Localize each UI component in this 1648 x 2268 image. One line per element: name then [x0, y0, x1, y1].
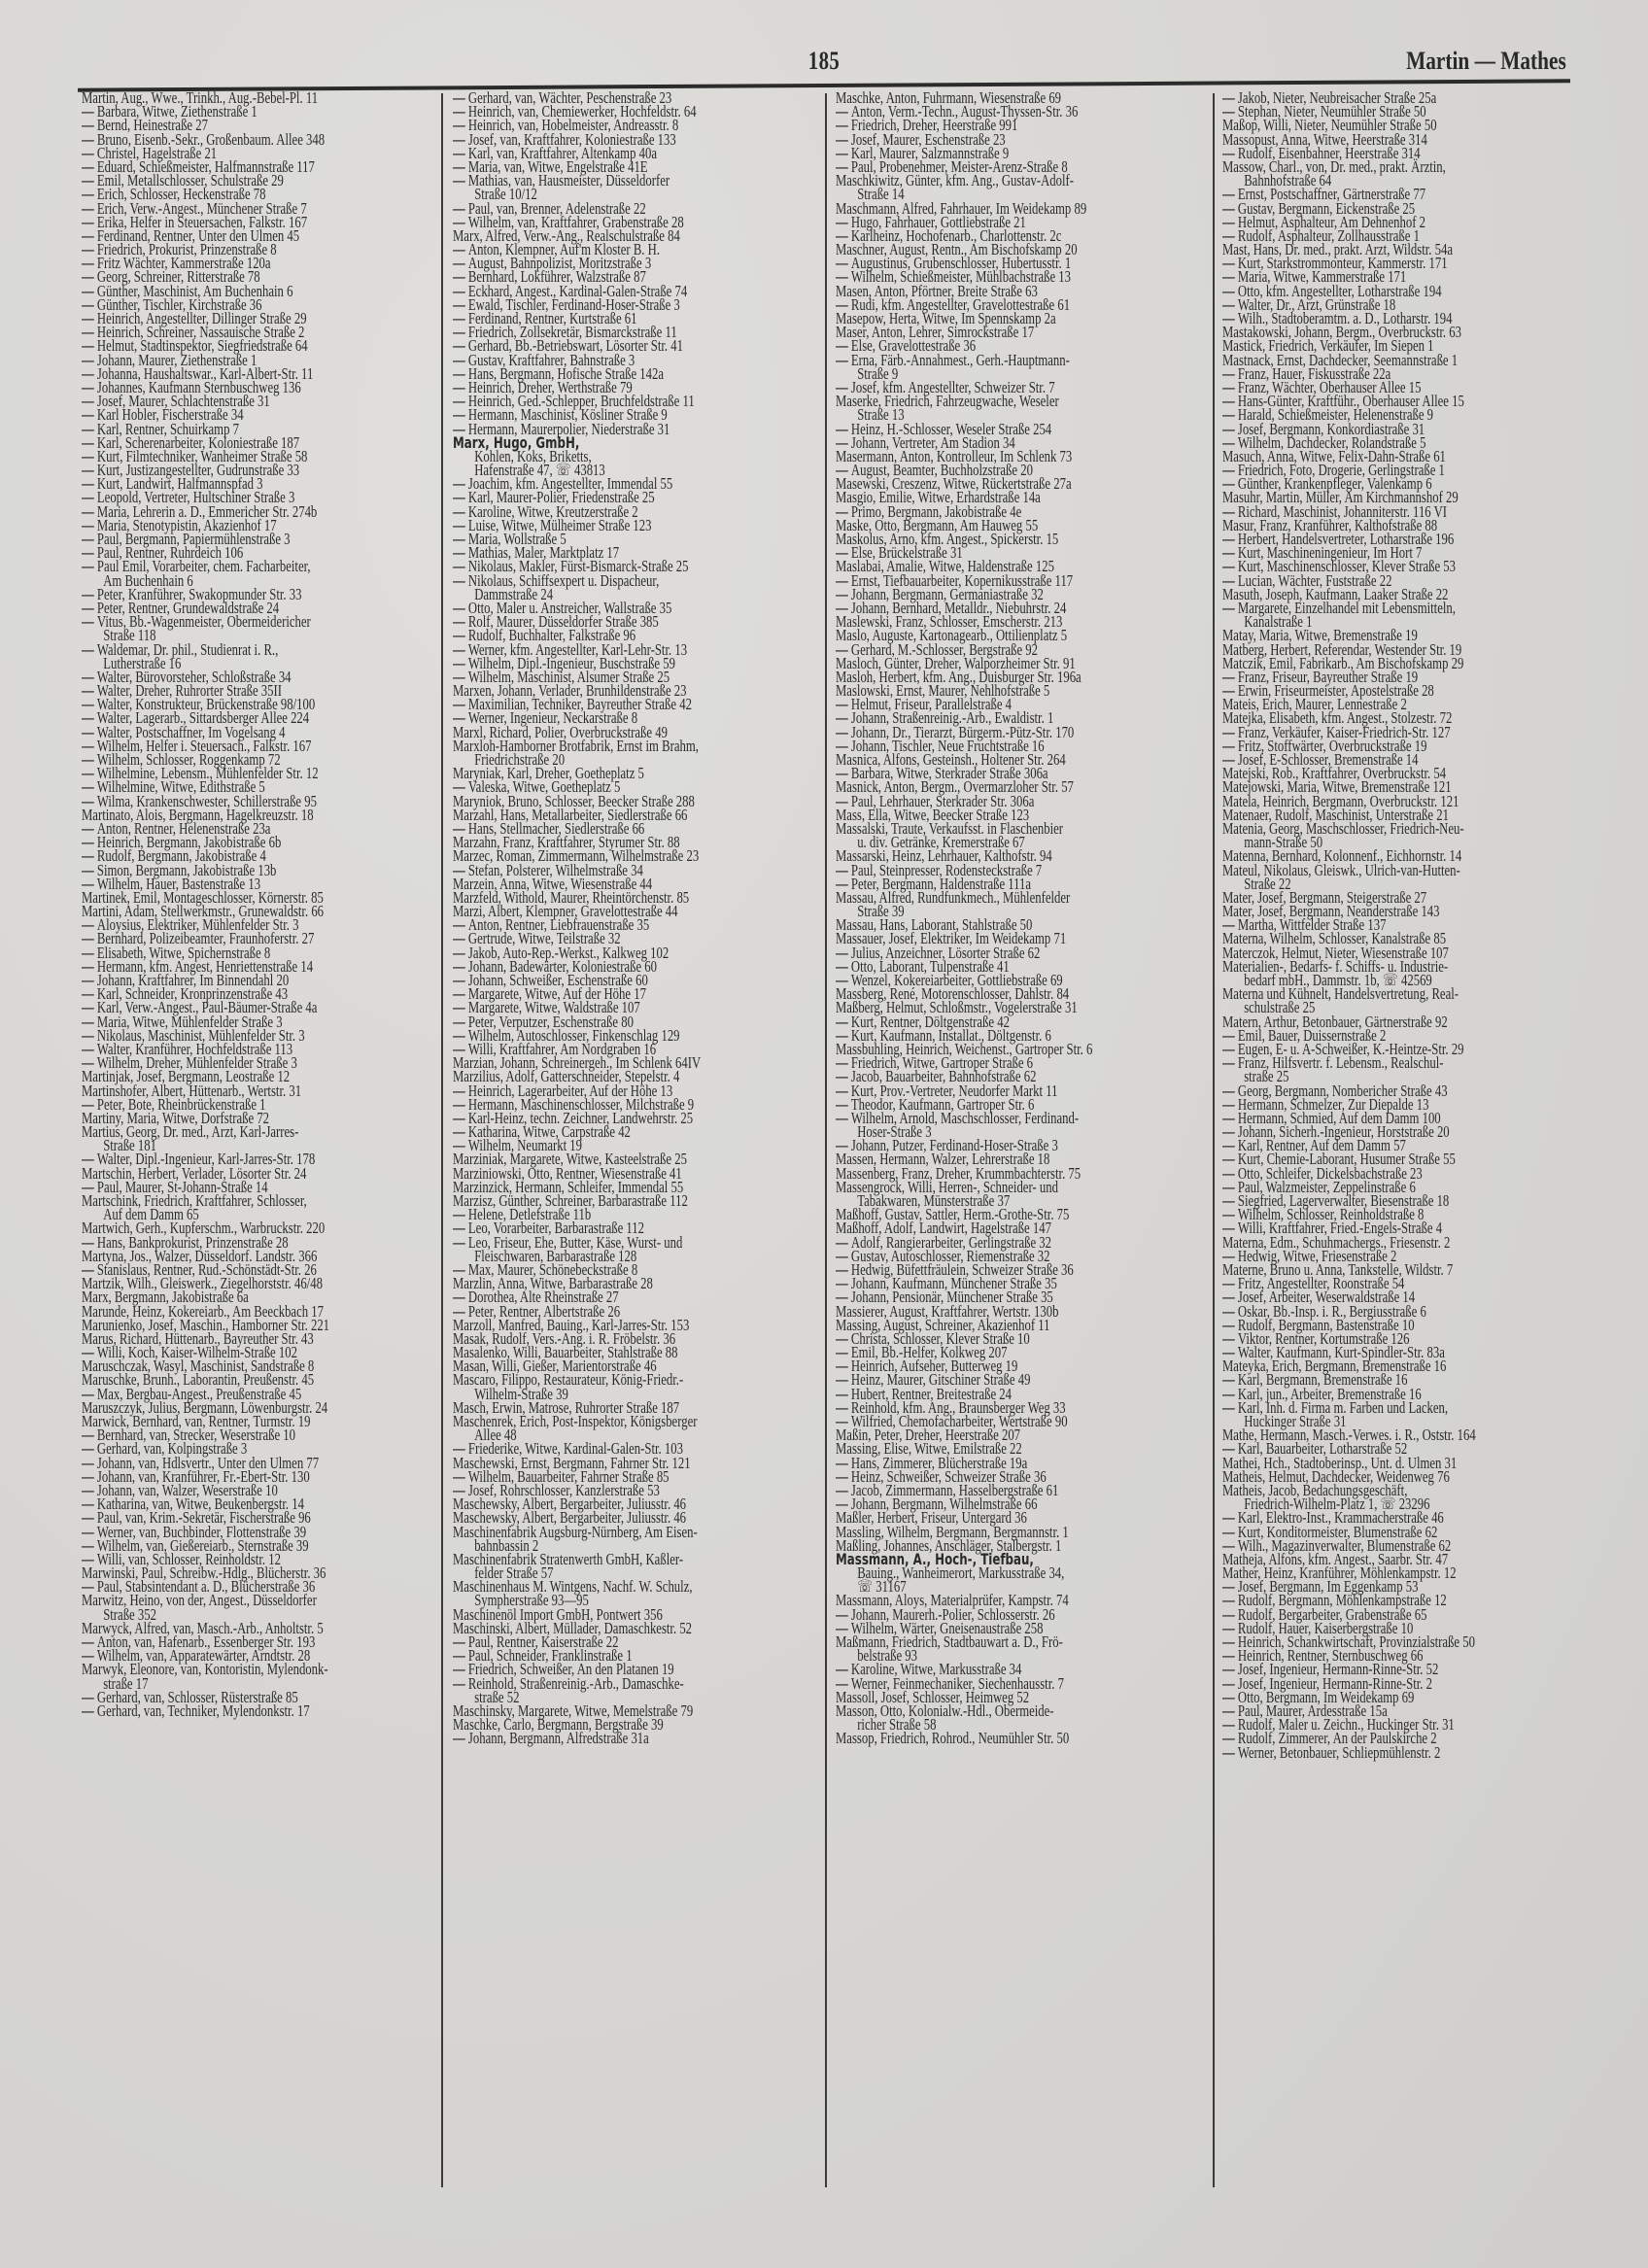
page-number: 185	[230, 47, 1418, 76]
directory-entry: Karl, Inh. d. Firma m. Farben und Lacken…	[1222, 1401, 1601, 1428]
directory-entry: Nikolaus, Schiffsexpert u. Dispacheur,Da…	[453, 574, 814, 601]
directory-entry: Margarete, Einzelhandel mit Lebensmittel…	[1222, 601, 1601, 629]
directory-columns: Martin, Aug., Wwe., Trinkh., Aug.-Bebel-…	[82, 91, 1597, 2210]
column-divider	[1213, 93, 1215, 2187]
directory-entry: Massengrock, Willi, Herren-, Schneider- …	[836, 1181, 1207, 1208]
column-4: Jakob, Nieter, Neubreisacher Straße 25aS…	[1222, 91, 1601, 2210]
directory-entry: Maschkiwitz, Günter, kfm. Ang., Gustav-A…	[836, 174, 1207, 201]
directory-entry: Martschink, Friedrich, Kraftfahrer, Schl…	[82, 1194, 431, 1221]
directory-entry: Matheis, Jacob, Bedachungsgeschäft,Fried…	[1222, 1484, 1601, 1511]
directory-entry: Maschinenfabrik Stratenwerth GmbH, Kaßle…	[453, 1553, 814, 1580]
directory-entry: Waldemar, Dr. phil., Studienrat i. R.,Lu…	[82, 643, 431, 670]
directory-entry: Matenia, Georg, Maschschlosser, Friedric…	[1222, 822, 1601, 849]
directory-entry: Gerhard, van, Techniker, Mylendonkstr. 1…	[82, 1704, 431, 1718]
directory-entry: Massop, Friedrich, Rohrod., Neumühler St…	[836, 1732, 1207, 1745]
entry-text: Johann, Bergmann, Alfredstraße 31a	[453, 1732, 814, 1745]
directory-entry: Maserke, Friedrich, Fahrzeugwache, Wesel…	[836, 395, 1207, 422]
directory-entry: Massau, Alfred, Rundfunkmech., Mühlenfel…	[836, 891, 1207, 918]
directory-entry: Franz, Hilfsvertr. f. Lebensm., Realschu…	[1222, 1056, 1601, 1083]
directory-entry: Martius, Georg, Dr. med., Arzt, Karl-Jar…	[82, 1125, 431, 1152]
directory-entry: Vitus, Bb.-Wagenmeister, Obermeidericher…	[82, 615, 431, 642]
directory-entry: Maschinenfabrik Augsburg-Nürnberg, Am Ei…	[453, 1526, 814, 1553]
directory-entry: Maschenrek, Erich, Post-Inspektor, König…	[453, 1415, 814, 1442]
column-divider	[825, 93, 827, 2187]
column-1: Martin, Aug., Wwe., Trinkh., Aug.-Bebel-…	[82, 91, 431, 2210]
directory-entry: Reinhold, Straßenreinig.-Arb., Damaschke…	[453, 1677, 814, 1704]
entry-text: Gerhard, van, Techniker, Mylendonkstr. 1…	[82, 1704, 431, 1718]
directory-entry: Marwyk, Eleonore, van, Kontoristin, Myle…	[82, 1663, 431, 1690]
directory-entry: Mateul, Nikolaus, Gleiswk., Ulrich-van-H…	[1222, 864, 1601, 891]
directory-entry: Werner, Betonbauer, Schliepmühlenstr. 2	[1222, 1746, 1601, 1760]
directory-entry: Masson, Otto, Kolonialw.-Hdl., Obermeide…	[836, 1704, 1207, 1732]
directory-entry: Erna, Färb.-Annahmest., Gerh.-Hauptmann-…	[836, 354, 1207, 381]
directory-entry: Massalski, Traute, Verkaufsst. in Flasch…	[836, 822, 1207, 849]
directory-entry: Johann, Bergmann, Alfredstraße 31a	[453, 1732, 814, 1745]
entry-text: Werner, Betonbauer, Schliepmühlenstr. 2	[1222, 1746, 1601, 1760]
directory-entry: Paul Emil, Vorarbeiter, chem. Facharbeit…	[82, 560, 431, 587]
column-3: Maschke, Anton, Fuhrmann, Wiesenstraße 6…	[836, 91, 1207, 2210]
directory-entry: Wilhelm, Arnold, Maschschlosser, Ferdina…	[836, 1112, 1207, 1139]
directory-entry: Massmann, A., Hoch-, Tiefbau,Bauing., Wa…	[836, 1553, 1207, 1595]
directory-entry: Marx, Hugo, GmbH,Kohlen, Koks, Briketts,…	[453, 436, 814, 478]
page-header: 185 Martin — Mathes	[82, 43, 1566, 86]
directory-entry: Materialien-, Bedarfs- f. Schiffs- u. In…	[1222, 960, 1601, 987]
directory-entry: Mascaro, Filippo, Restaurateur, König-Fr…	[453, 1373, 814, 1400]
directory-entry: Mathias, van, Hausmeister, DüsseldorferS…	[453, 174, 814, 201]
directory-entry: Marwitz, Heino, von der, Angest., Düssel…	[82, 1594, 431, 1621]
directory-entry: Leo, Friseur, Ehe, Butter, Käse, Wurst- …	[453, 1236, 814, 1263]
directory-entry: Massow, Charl., von, Dr. med., prakt. Är…	[1222, 160, 1601, 188]
directory-entry: Marxloh-Hamborner Brotfabrik, Ernst im B…	[453, 739, 814, 767]
directory-entry: Materna und Kühnelt, Handelsvertretung, …	[1222, 987, 1601, 1014]
directory-entry: Maschinenhaus M. Wintgens, Nachf. W. Sch…	[453, 1580, 814, 1607]
column-2: Gerhard, van, Wächter, Peschenstraße 23H…	[453, 91, 814, 2210]
entry-text: Massop, Friedrich, Rohrod., Neumühler St…	[836, 1732, 1207, 1745]
column-divider	[441, 93, 443, 2187]
directory-entry: Maßmann, Friedrich, Stadtbauwart a. D., …	[836, 1635, 1207, 1663]
running-head: Martin — Mathes	[1406, 47, 1566, 76]
